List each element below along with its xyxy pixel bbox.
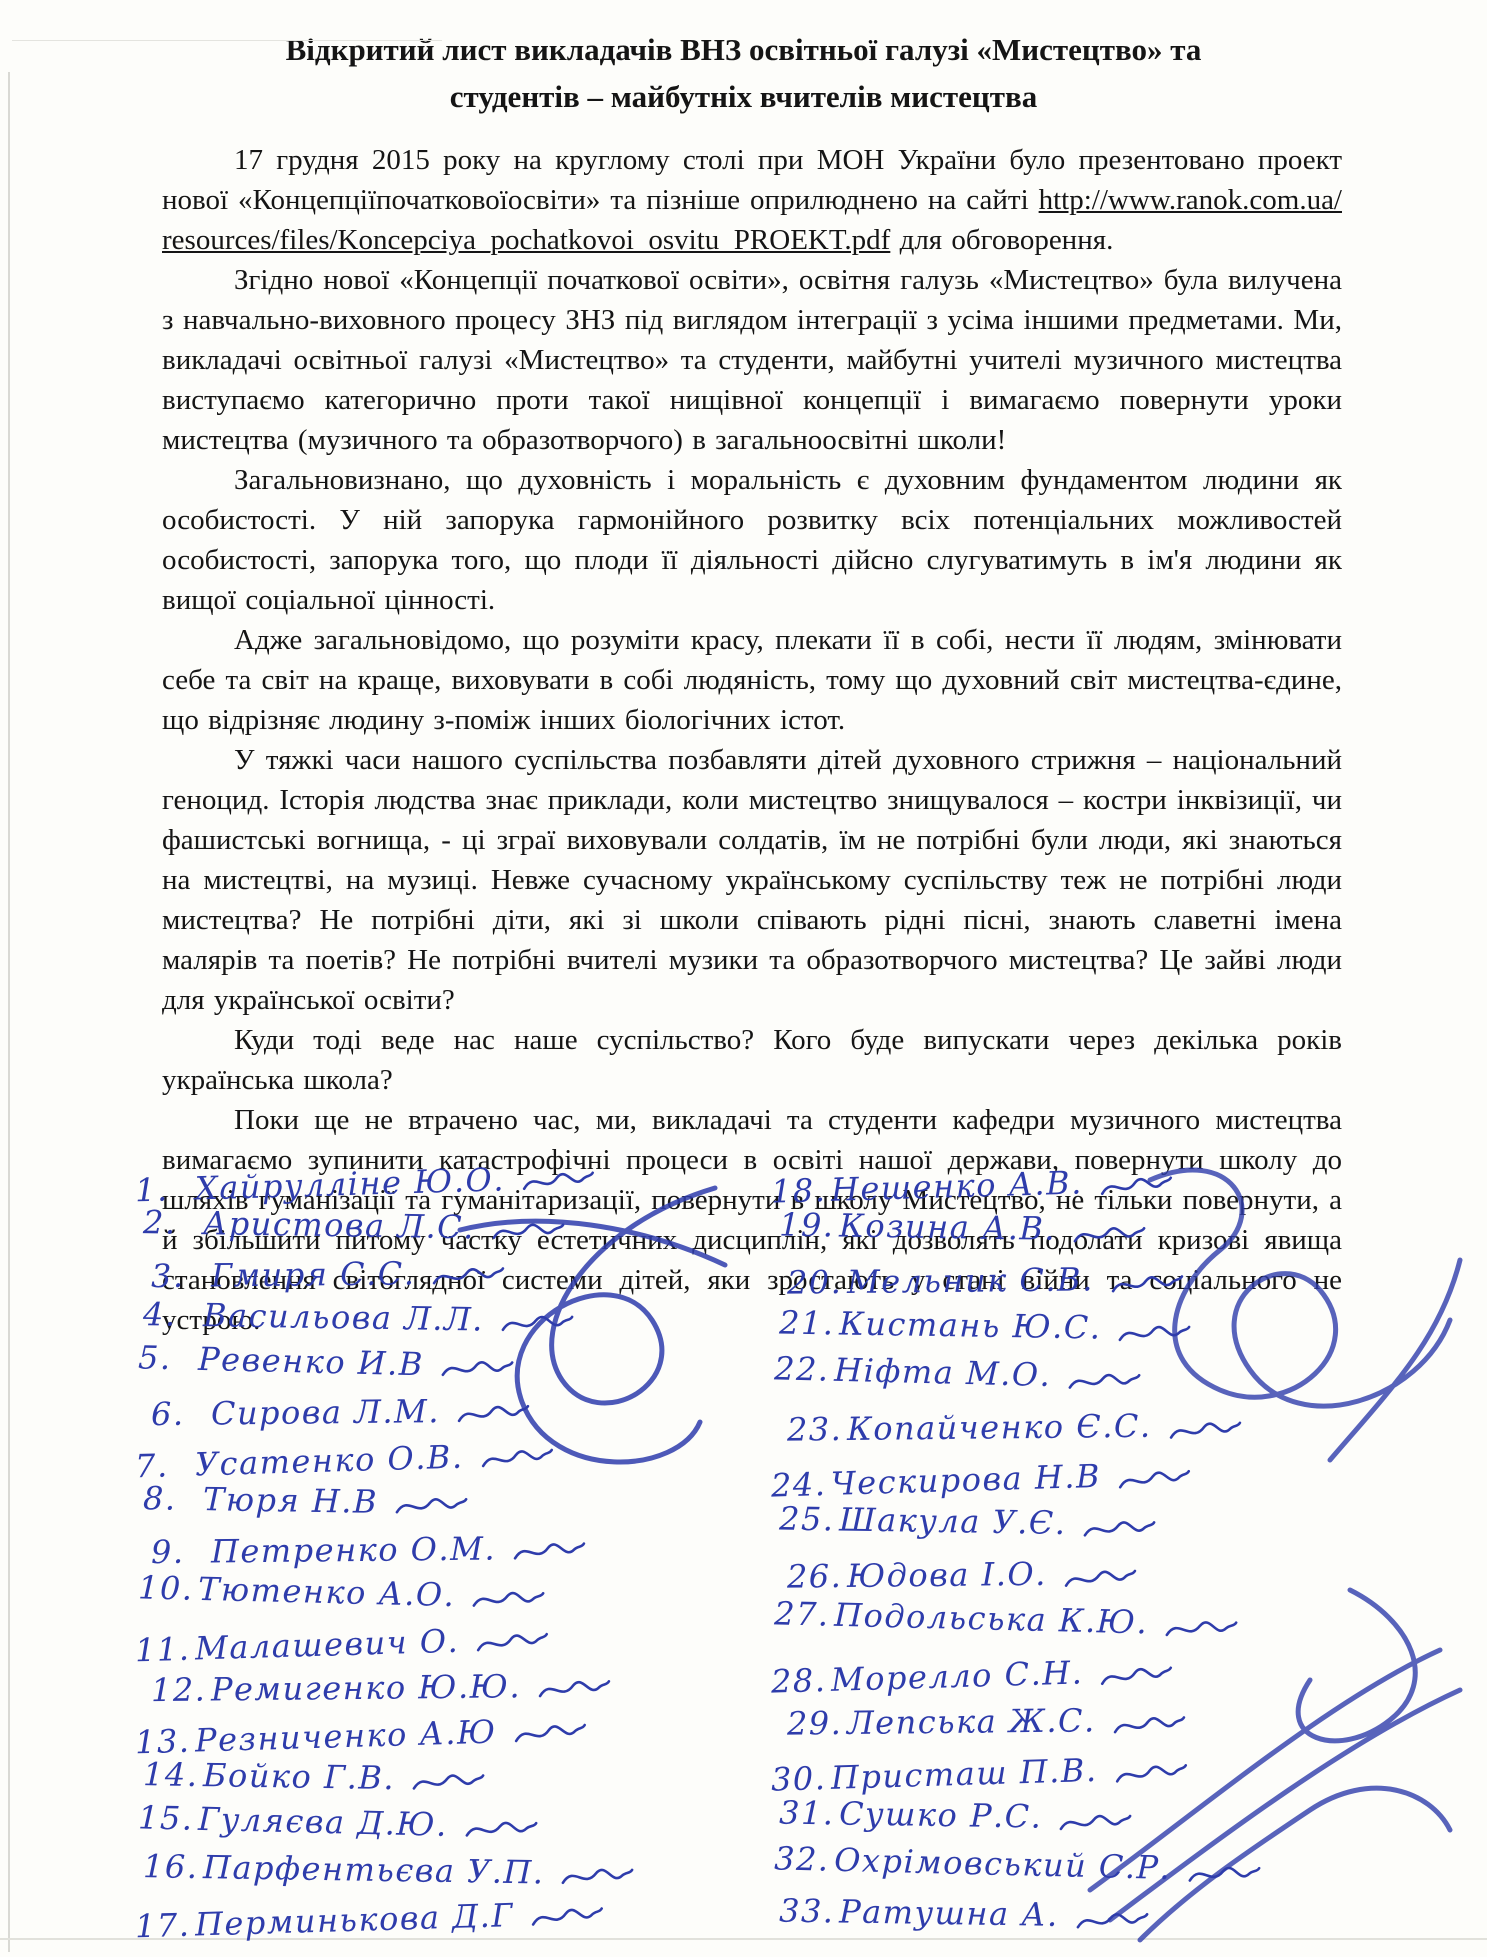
signature-name: Усатенко О.В. (194, 1438, 464, 1484)
signature-number: 22. (774, 1349, 835, 1388)
signature-flourish-icon (456, 1400, 530, 1429)
signature-flourish-icon (1117, 1319, 1191, 1348)
signature-section: 1. Хайрулліне Ю.О. 2. Аристова Л.С. 3. Г… (0, 1162, 1487, 1957)
signature-flourish-icon (1067, 1367, 1142, 1397)
signature-number: 19. (779, 1206, 840, 1245)
signature-flourish-icon (1164, 1614, 1239, 1644)
signature-number: 21. (779, 1304, 840, 1343)
signature-name: Тютенко А.О. (198, 1570, 456, 1614)
signature-flourish-icon (1110, 1270, 1184, 1299)
signature-flourish-icon (1058, 1808, 1132, 1837)
letter-paragraph: Куди тоді веде нас наше суспільство? Ког… (162, 1020, 1342, 1100)
signature-flourish-icon (521, 1167, 596, 1197)
signature-number: 3. (151, 1257, 211, 1296)
signature-name: Ремигенко Ю.Ю. (211, 1667, 521, 1708)
signature-name: Васильова Л.Л. (203, 1296, 484, 1338)
signature-number: 15. (138, 1798, 199, 1837)
signature-flourish-icon (1113, 1759, 1188, 1789)
signature-name: Сирова Л.М. (211, 1392, 440, 1432)
signature-name: Юдова І.О. (847, 1555, 1047, 1595)
paragraph-text: Загальновизнано, що духовність і моральн… (162, 464, 1342, 616)
signature-number: 27. (774, 1594, 835, 1633)
signature-flourish-icon (1112, 1711, 1186, 1740)
signature-name: Охрімовський С.Р. (834, 1841, 1172, 1887)
signature-flourish-icon (1187, 1860, 1262, 1890)
signature-name: Шакула У.Є. (839, 1500, 1067, 1542)
signature-flourish-icon (1074, 1907, 1148, 1936)
signature-column-right: 18. Нешенко А.В. 19. Козина А.В. 20. Мел… (765, 1162, 1487, 1957)
signature-name: Нешенко А.В. (830, 1163, 1083, 1208)
signature-row: 33. Ратушна А. (779, 1892, 1487, 1952)
signature-flourish-icon (512, 1538, 586, 1567)
signature-number: 25. (779, 1500, 840, 1539)
signature-flourish-icon (1072, 1221, 1146, 1250)
signature-number: 31. (779, 1794, 840, 1833)
signature-number: 20. (787, 1263, 847, 1302)
letter-paragraph: У тяжкі часи нашого суспільства позбавля… (162, 740, 1342, 1020)
signature-flourish-icon (411, 1768, 485, 1797)
signature-number: 17. (134, 1906, 195, 1946)
signature-name: Козина А.В. (839, 1206, 1057, 1247)
signature-flourish-icon (537, 1675, 611, 1704)
signature-name: Гуляєва Д.Ю. (198, 1800, 449, 1844)
signature-name: Ревенко И.В (198, 1340, 425, 1384)
paragraph-text: Згідно нової «Концепції початкової освіт… (162, 264, 1342, 456)
signature-flourish-icon (1098, 1171, 1173, 1201)
signature-number: 23. (787, 1410, 847, 1449)
signature-flourish-icon (471, 1586, 546, 1616)
paragraph-text: Куди тоді веде нас наше суспільство? Ког… (162, 1024, 1342, 1096)
signature-number: 12. (151, 1671, 211, 1710)
signature-number: 16. (143, 1847, 204, 1886)
signature-flourish-icon (479, 1444, 554, 1474)
signature-name: Кистань Ю.С. (839, 1304, 1102, 1346)
signature-name: Лепська Ж.С. (847, 1701, 1096, 1742)
signature-row: 3. Гмиря С.С. (151, 1251, 781, 1304)
signature-flourish-icon (512, 1719, 587, 1749)
signature-number: 11. (134, 1630, 195, 1670)
signature-name: Парфентьєва У.П. (203, 1848, 545, 1891)
letter-paragraph: Адже загальновідомо, що розуміти красу, … (162, 620, 1342, 740)
signature-flourish-icon (1082, 1515, 1156, 1544)
signature-name: Гмиря С.С. (211, 1254, 416, 1294)
signature-row: 17. Перминькова Д.Г (134, 1889, 765, 1954)
signature-name: Петренко О.М. (211, 1530, 496, 1571)
signature-flourish-icon (530, 1902, 605, 1932)
letter-paragraph: Загальновизнано, що духовність і моральн… (162, 460, 1342, 620)
signature-name: Ческирова Н.В (830, 1457, 1101, 1503)
page-title-line1: Відкритий лист викладачів ВНЗ освітньої … (120, 26, 1367, 73)
signature-flourish-icon (1117, 1465, 1192, 1495)
signature-name: Копайченко Є.С. (847, 1407, 1152, 1448)
signature-flourish-icon (475, 1628, 550, 1658)
letter-paragraph: Згідно нової «Концепції початкової освіт… (162, 260, 1342, 460)
signature-flourish-icon (431, 1262, 505, 1291)
signature-flourish-icon (1099, 1661, 1174, 1691)
signature-number: 33. (779, 1892, 840, 1931)
signature-name: Малашевич О. (194, 1622, 459, 1668)
signature-number: 9. (151, 1533, 211, 1572)
paragraph-text: У тяжкі часи нашого суспільства позбавля… (162, 744, 1342, 1016)
signature-flourish-icon (1063, 1564, 1137, 1593)
signature-number: 10. (138, 1568, 199, 1607)
signature-number: 32. (774, 1839, 835, 1878)
signature-name: Морелло С.Н. (830, 1653, 1083, 1698)
signature-name: Аристова Л.С. (203, 1204, 475, 1246)
signature-number: 29. (787, 1704, 847, 1743)
signature-name: Подольська К.Ю. (834, 1596, 1149, 1642)
signature-number: 26. (787, 1557, 847, 1596)
signature-flourish-icon (491, 1218, 565, 1247)
signature-flourish-icon (560, 1863, 634, 1892)
signature-name: Хайрулліне Ю.О. (194, 1160, 505, 1207)
signature-number: 6. (151, 1395, 211, 1434)
signature-name: Перминькова Д.Г (194, 1896, 514, 1943)
signature-flourish-icon (394, 1492, 468, 1521)
signature-column-left: 1. Хайрулліне Ю.О. 2. Аристова Л.С. 3. Г… (0, 1162, 765, 1957)
signature-flourish-icon (1167, 1416, 1241, 1445)
signature-number: 5. (138, 1338, 199, 1377)
paragraph-text: для обговорення. (890, 224, 1113, 256)
signature-number: 28. (770, 1661, 831, 1701)
signature-flourish-icon (439, 1355, 514, 1385)
signature-row: 20. Мельник С.В. (787, 1256, 1487, 1312)
page-title-line2: студентів – майбутніх вчителів мистецтва (120, 73, 1367, 120)
signature-number: 4. (143, 1295, 204, 1334)
signature-name: Тюря Н.В (203, 1480, 379, 1521)
signature-name: Ратушна А. (839, 1892, 1059, 1933)
scan-top-artifact (12, 40, 442, 41)
signature-name: Присташ П.В. (830, 1751, 1098, 1797)
signature-number: 8. (143, 1479, 204, 1518)
signature-name: Ніфта М.О. (834, 1351, 1052, 1394)
paragraph-text: Адже загальновідомо, що розуміти красу, … (162, 624, 1342, 736)
signature-name: Сушко Р.С. (839, 1794, 1043, 1835)
signature-name: Бойко Г.В. (203, 1756, 396, 1797)
signature-flourish-icon (500, 1310, 574, 1339)
signature-flourish-icon (463, 1815, 538, 1845)
signature-number: 14. (143, 1755, 204, 1794)
signature-name: Мельник С.В. (847, 1260, 1094, 1301)
signature-number: 2. (143, 1203, 204, 1242)
signature-name: Резниченко А.Ю (194, 1713, 497, 1760)
letter-paragraph-1: 17 грудня 2015 року на круглому столі пр… (162, 140, 1342, 260)
